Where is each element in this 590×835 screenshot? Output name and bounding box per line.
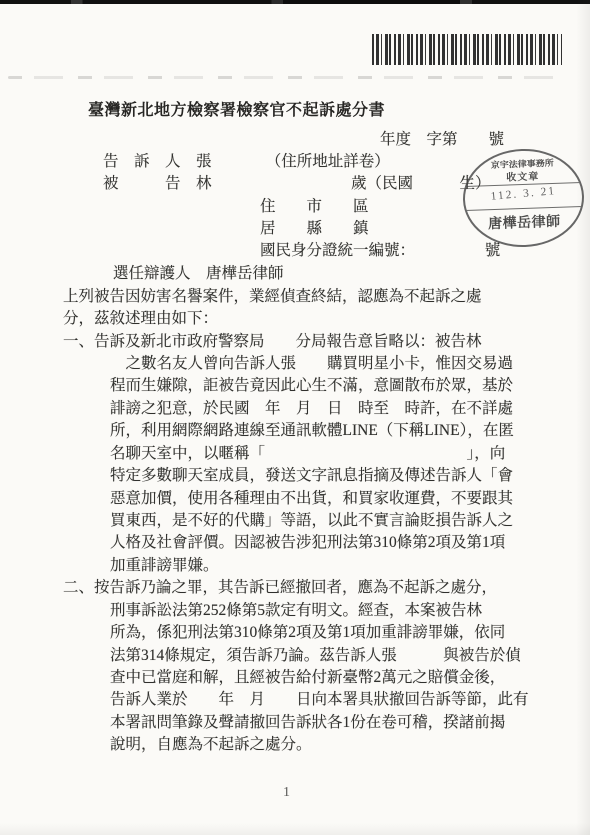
paragraph1-line-3: 程而生嫌隙，詎被告竟因此心生不滿，意圖散布於眾，基於 [110,373,513,395]
barcode [372,34,562,65]
defendant-line: 被 告 林 歲（民國 生） [103,171,491,193]
document-title: 臺灣新北地方檢察署檢察官不起訴處分書 [88,97,385,120]
paragraph1-line-11: 加重誹謗罪嫌。 [110,553,219,575]
complainant-line: 告 訴 人 張 （住所地址詳卷） [103,149,390,171]
law-firm-receipt-stamp: 京宇法律事務所 收文章 112. 3. 21 唐樺岳律師 [461,147,585,249]
paragraph1-line-10: 人格及社會評價。因認被告涉犯刑法第310條第2項及第1項 [110,530,505,552]
intro-line-2: 分，茲敘述理由如下： [63,306,218,328]
paragraph1-line-1: 一、告訴及新北市政府警察局 分局報告意旨略以：被告林 [63,329,482,351]
counsel-line: 選任辯護人 唐樺岳律師 [113,261,284,283]
paragraph2-line-8: 說明，自應為不起訴之處分。 [110,732,312,754]
paragraph2-line-1: 二、按告訴乃論之罪，其告訴已經撤回者，應為不起訴之處分， [63,575,497,597]
stamp-lawyer-name: 唐樺岳律師 [466,210,584,234]
page-number: 1 [283,785,291,801]
paragraph2-line-7: 本署訊問筆錄及聲請撤回告訴狀各1份在卷可稽，揆諸前揭 [110,710,505,732]
scan-artifact-top-bar [0,0,590,4]
paragraph1-line-8: 惡意加價，使用各種理由不出貨，和買家收運費，不要跟其 [110,486,513,508]
scan-edge-shade-right [576,0,590,835]
case-number-line: 年度 字第 號 [380,127,504,149]
paragraph1-line-2: 之數名友人曾向告訴人張 購買明星小卡，惟因交易過 [110,351,513,373]
paragraph2-line-4: 法第314條規定，須告訴乃論。茲告訴人張 與被告於偵 [110,643,521,665]
scanned-document-page: 臺灣新北地方檢察署檢察官不起訴處分書 年度 字第 號 告 訴 人 張 （住所地址… [0,0,590,835]
paragraph1-line-4: 誹謗之犯意，於民國 年 月 日 時至 時許，在不詳處 [110,396,513,418]
scan-artifact-smudge [8,76,568,79]
paragraph1-line-6: 名聊天室中，以暱稱「 」，向 [110,441,505,463]
scan-edge-shade-bottom [0,823,590,835]
domicile-line: 居 縣 鎮 [260,216,369,238]
intro-line-1: 上列被告因妨害名譽案件，業經偵查終結，認應為不起訴之處 [63,284,482,306]
paragraph1-line-9: 買東西，是不好的代購」等語，以此不實言論貶損告訴人之 [110,508,513,530]
residence-line: 住 市 區 [260,194,369,216]
id-number-line: 國民身分證統一編號： 號 [260,238,500,260]
paragraph1-line-7: 特定多數聊天室成員，發送文字訊息指摘及傳述告訴人「會 [110,463,513,485]
paragraph2-line-3: 所為，係犯刑法第310條第2項及第1項加重誹謗罪嫌，依同 [110,620,505,642]
paragraph2-line-2: 刑事訴訟法第252條第5款定有明文。經查，本案被告林 [110,598,482,620]
paragraph2-line-6: 告訴人業於 年 月 日向本署具狀撤回告訴等節，此有 [110,687,529,709]
paragraph1-line-5: 所，利用網際網路連線至通訊軟體LINE（下稱LINE），在匿 [110,418,514,440]
paragraph2-line-5: 查中已當庭和解，且經被告給付新臺幣2萬元之賠償金後， [110,665,505,687]
